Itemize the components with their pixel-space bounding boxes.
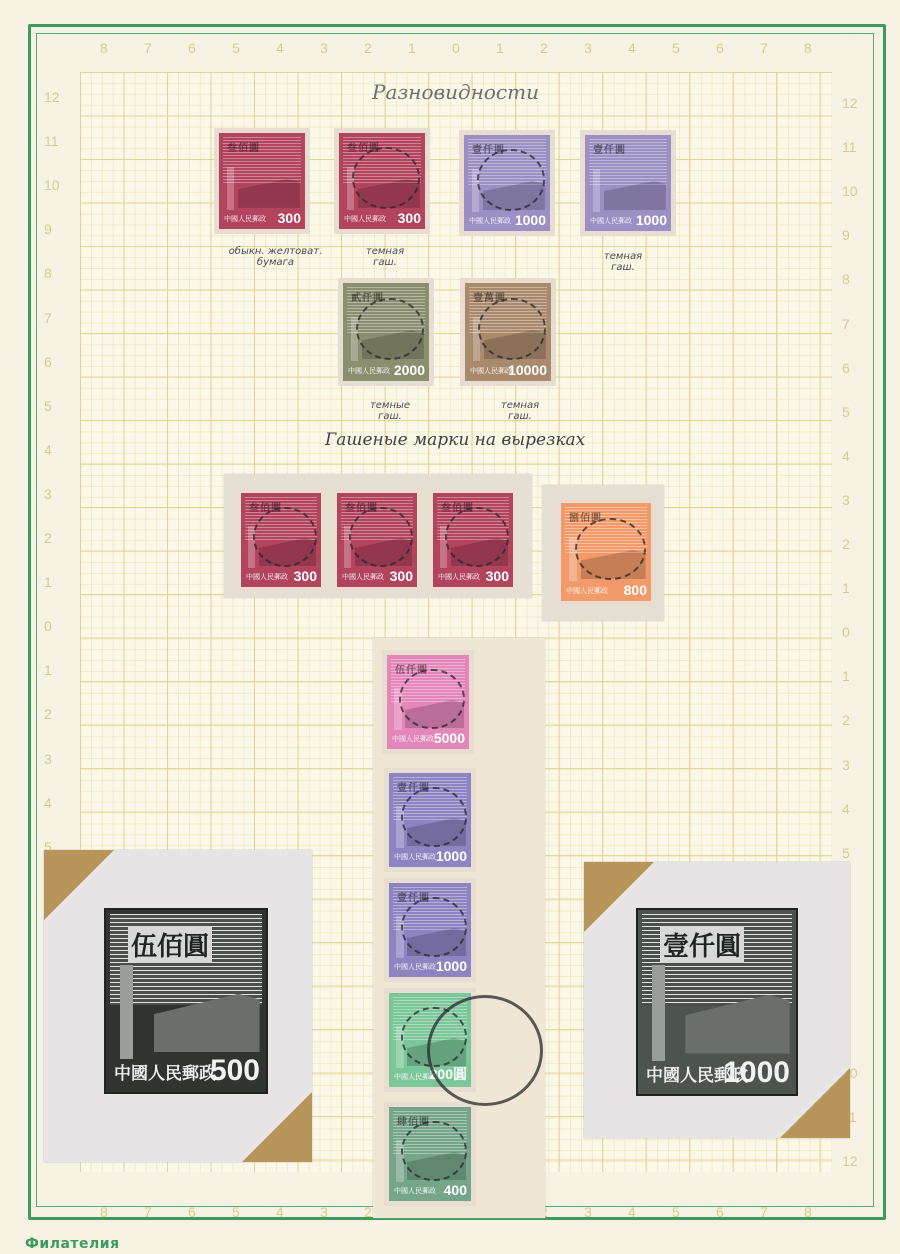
axis-number: 8 — [842, 271, 850, 287]
cutting-stamp: 捌佰圓中國人民郵政800 — [556, 498, 656, 606]
cancellation-mark — [401, 897, 467, 957]
cancellation-mark — [352, 147, 421, 209]
stamp-value: 1000 — [436, 848, 467, 864]
axis-number: 10 — [842, 183, 858, 199]
stamp-value: 300 — [398, 210, 421, 226]
stamp-country: 中國人民郵政 — [394, 962, 436, 972]
axis-number: 5 — [672, 1204, 680, 1220]
section-title: Гашеные марки на вырезках — [325, 430, 585, 450]
page-title: Разновидности — [372, 80, 539, 104]
axis-number: 5 — [672, 40, 680, 56]
axis-number: 8 — [804, 1204, 812, 1220]
axis-number: 3 — [584, 1204, 592, 1220]
note-dark-2: темнаягаш. — [593, 251, 653, 273]
axis-number: 2 — [842, 536, 850, 552]
stamp-country: 中國人民郵政 — [469, 216, 511, 226]
axis-number: 4 — [842, 801, 850, 817]
variety-stamp: 壹仟圓中國人民郵政1000 — [459, 130, 555, 236]
stamp-country: 中國人民郵政 — [342, 572, 384, 582]
axis-number: 8 — [100, 1204, 108, 1220]
axis-number: 2 — [540, 40, 548, 56]
variety-stamp: 叁佰圓中國人民郵政300 — [334, 128, 430, 234]
moscow-postmark — [427, 995, 543, 1106]
cancellation-mark — [399, 669, 465, 729]
stamp-country: 中國人民郵政 — [394, 1186, 436, 1196]
cancellation-mark — [401, 787, 467, 847]
axis-number: 7 — [842, 316, 850, 332]
cover-stamp: 壹仟圓中國人民郵政1000 — [384, 878, 476, 982]
axis-number: 9 — [842, 227, 850, 243]
stamp-country: 中國人民郵政 — [470, 366, 512, 376]
axis-number: 0 — [452, 40, 460, 56]
axis-number: 6 — [188, 40, 196, 56]
stamp-value: 1000 — [515, 212, 546, 228]
axis-number: 2 — [44, 530, 52, 546]
axis-number: 3 — [584, 40, 592, 56]
variety-stamp: 壹仟圓中國人民郵政1000 — [580, 130, 676, 236]
stamp-denomination-chars: 叁佰圓 — [227, 139, 260, 154]
variety-stamp: 貳仟圓中國人民郵政2000 — [338, 278, 434, 386]
axis-number: 9 — [44, 221, 52, 237]
axis-number: 5 — [232, 40, 240, 56]
stamp-value: 10000 — [508, 362, 547, 378]
note-dark-4: темнаягаш. — [490, 400, 550, 422]
axis-number: 1 — [496, 40, 504, 56]
cancellation-mark — [401, 1121, 467, 1181]
axis-number: 1 — [408, 40, 416, 56]
axis-number: 6 — [716, 1204, 724, 1220]
variety-stamp: 叁佰圓中國人民郵政300 — [214, 128, 310, 234]
note-dark-3: темныегаш. — [360, 400, 420, 422]
axis-number: 4 — [44, 442, 52, 458]
stamp-country: 中國人民郵政 — [344, 214, 386, 224]
cancellation-mark — [477, 149, 546, 211]
axis-number: 0 — [44, 618, 52, 634]
stamp-value: 1000 — [636, 212, 667, 228]
cancellation-mark — [253, 507, 317, 567]
stamp-country: 中國人民郵政 — [392, 734, 434, 744]
axis-number: 4 — [628, 1204, 636, 1220]
axis-number: 3 — [320, 1204, 328, 1220]
stamp-value: 300 — [294, 568, 317, 584]
stamp-country: 中國人民郵政 — [246, 572, 288, 582]
stamp-value: 300 — [486, 568, 509, 584]
axis-number: 2 — [842, 712, 850, 728]
axis-number: 1 — [44, 574, 52, 590]
axis-number: 7 — [144, 1204, 152, 1220]
stamp-country: 中國人民郵政 — [224, 214, 266, 224]
footer-publisher: Филателия — [25, 1236, 120, 1252]
axis-number: 4 — [276, 1204, 284, 1220]
axis-number: 2 — [44, 706, 52, 722]
stamp-country: 中國人民郵政 — [566, 586, 608, 596]
axis-number: 11 — [44, 133, 59, 149]
strip-stamp: 叁佰圓中國人民郵政300 — [236, 488, 326, 592]
axis-number: 6 — [842, 360, 850, 376]
stamp-value: 300 — [390, 568, 413, 584]
axis-number: 1 — [842, 668, 850, 684]
axis-number: 4 — [276, 40, 284, 56]
axis-number: 6 — [188, 1204, 196, 1220]
axis-number: 10 — [44, 177, 60, 193]
stamp-value: 800 — [624, 582, 647, 598]
axis-number: 1 — [842, 580, 850, 596]
cancellation-mark — [445, 507, 509, 567]
stamp-value: 2000 — [394, 362, 425, 378]
axis-number: 12 — [44, 89, 60, 105]
axis-number: 3 — [44, 486, 52, 502]
stamp-value: 400 — [444, 1182, 467, 1198]
axis-number: 8 — [100, 40, 108, 56]
axis-number: 11 — [842, 139, 857, 155]
axis-number: 7 — [760, 1204, 768, 1220]
axis-number: 4 — [842, 448, 850, 464]
axis-number: 5 — [842, 404, 850, 420]
axis-number: 3 — [842, 757, 850, 773]
axis-number: 0 — [842, 624, 850, 640]
cancellation-mark — [349, 507, 413, 567]
stamp-denomination-chars: 壹仟圓 — [593, 141, 626, 156]
album-page: 87654321012345678 87654321012345678 1211… — [0, 0, 900, 1254]
stamp-value: 300 — [278, 210, 301, 226]
note-dark-1: темнаягаш. — [355, 246, 415, 268]
axis-number: 7 — [144, 40, 152, 56]
stamp-country: 中國人民郵政 — [438, 572, 480, 582]
variety-stamp: 壹萬圓中國人民郵政10000 — [460, 278, 556, 386]
axis-number: 2 — [364, 40, 372, 56]
stamp-value: 1000 — [436, 958, 467, 974]
axis-number: 2 — [364, 1204, 372, 1220]
axis-number: 7 — [760, 40, 768, 56]
strip-stamp: 叁佰圓中國人民郵政300 — [332, 488, 422, 592]
note-ordinary: обыкн. желтоват.бумага — [213, 246, 338, 268]
stamp-country: 中國人民郵政 — [394, 852, 436, 862]
axis-number: 12 — [842, 95, 858, 111]
axis-number: 3 — [44, 751, 52, 767]
axis-number: 8 — [804, 40, 812, 56]
axis-number: 5 — [232, 1204, 240, 1220]
axis-number: 4 — [44, 795, 52, 811]
axis-number: 5 — [842, 845, 850, 861]
axis-number: 1 — [44, 662, 52, 678]
strip-stamp: 叁佰圓中國人民郵政300 — [428, 488, 518, 592]
hinge-corner — [242, 1092, 312, 1162]
proof-1000: 壹仟圓 中國人民郵政 1000 — [636, 908, 798, 1096]
cover-stamp: 肆佰圓中國人民郵政400 — [384, 1102, 476, 1206]
axis-number: 4 — [628, 40, 636, 56]
stamp-country: 中國人民郵政 — [590, 216, 632, 226]
stamp-country: 中國人民郵政 — [348, 366, 390, 376]
axis-number: 3 — [320, 40, 328, 56]
axis-number: 6 — [44, 354, 52, 370]
axis-number: 12 — [842, 1153, 858, 1169]
proof-500: 伍佰圓 中國人民郵政 500 — [104, 908, 268, 1094]
axis-number: 7 — [44, 310, 52, 326]
axis-number: 3 — [842, 492, 850, 508]
cancellation-mark — [575, 518, 647, 581]
cover-stamp: 伍仟圓中國人民郵政5000 — [382, 650, 474, 754]
axis-number: 8 — [44, 265, 52, 281]
stamp-value: 5000 — [434, 730, 465, 746]
axis-number: 6 — [716, 40, 724, 56]
axis-number: 5 — [44, 398, 52, 414]
cover-stamp: 壹仟圓中國人民郵政1000 — [384, 768, 476, 872]
